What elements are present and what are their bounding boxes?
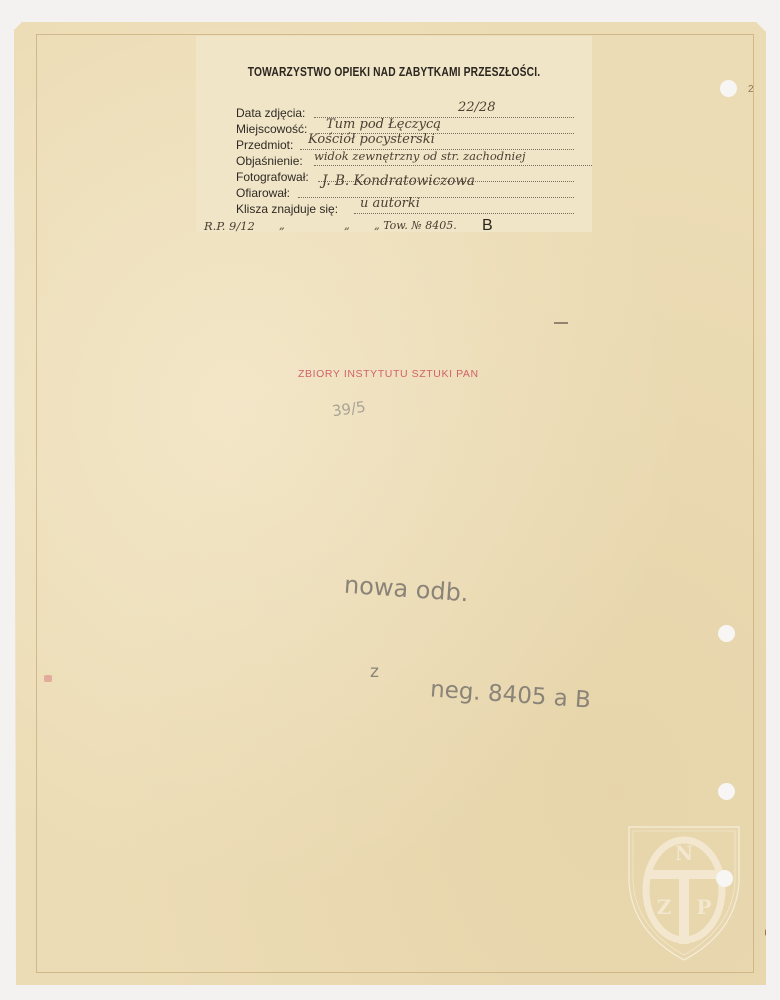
svg-text:N: N [675, 841, 693, 865]
ditto-mark: „ [279, 219, 285, 232]
brown-stain [765, 929, 770, 936]
punch-hole [718, 625, 735, 642]
field-label: Ofiarował: [236, 186, 290, 200]
field-label: Klisza znajduje się: [236, 202, 338, 216]
pencil-note-from: z [370, 662, 379, 682]
dotted-line [314, 165, 592, 166]
svg-text:P: P [696, 895, 711, 919]
handwritten-value: u autorki [360, 196, 420, 211]
punch-hole [720, 80, 737, 97]
reference-prefix: R.P. 9/12 [204, 219, 255, 233]
handwritten-value: Tum pod Łęczycą [326, 117, 441, 132]
punch-hole [718, 783, 735, 800]
institute-stamp: ZBIORY INSTYTUTU SZTUKI PAN [298, 368, 479, 380]
field-label: Przedmiot: [236, 138, 293, 152]
pencil-tick-mark [554, 322, 568, 324]
society-header: TOWARZYSTWO OPIEKI NAD ZABYTKAMI PRZESZŁ… [232, 65, 557, 79]
ditto-mark: „ [344, 219, 350, 232]
red-ink-smudge [44, 675, 52, 682]
punch-hole [716, 870, 733, 887]
negative-reference: „ Tow. № 8405. [374, 219, 457, 232]
dotted-line [298, 197, 574, 198]
field-description: Objaśnienie: widok zewnętrzny od str. za… [236, 154, 592, 170]
shield-watermark-icon: N Z P [624, 822, 744, 962]
record-label: TOWARZYSTWO OPIEKI NAD ZABYTKAMI PRZESZŁ… [196, 36, 592, 232]
corner-mark: 2 [748, 84, 754, 95]
field-label: Miejscowość: [236, 122, 307, 136]
svg-text:Z: Z [657, 895, 672, 919]
handwritten-value: Kościół pocysterski [308, 132, 435, 147]
handwritten-value: widok zewnętrzny od str. zachodniej [314, 149, 526, 163]
field-label: Objaśnienie: [236, 154, 303, 168]
dotted-line [354, 213, 574, 214]
footer-note: R.P. 9/12 „ „ „ Tow. № 8405. B [204, 219, 584, 237]
handwritten-value: J. B. Kondratowiczowa [322, 173, 475, 189]
field-negative-location: Klisza znajduje się: u autorki [236, 202, 574, 218]
series-letter: B [482, 217, 493, 235]
archival-card: TOWARZYSTWO OPIEKI NAD ZABYTKAMI PRZESZŁ… [14, 22, 766, 985]
field-label: Data zdjęcia: [236, 106, 305, 120]
field-label: Fotografował: [236, 170, 309, 184]
handwritten-value: 22/28 [458, 100, 495, 115]
